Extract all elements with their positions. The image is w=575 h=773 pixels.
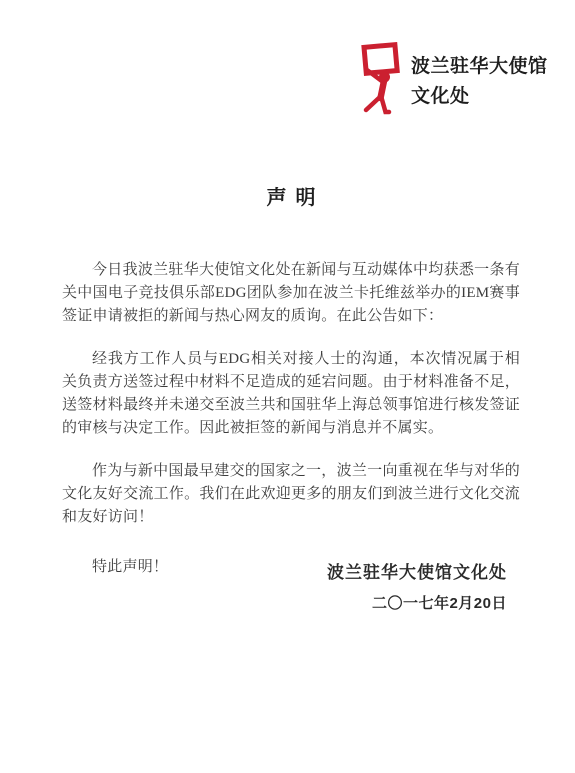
statement-title: 声明 [62, 0, 520, 210]
statement-paragraph: 作为与新中国最早建交的国家之一，波兰一向重视在华与对华的文化友好交流工作。我们在… [62, 460, 520, 529]
statement-paragraph: 今日我波兰驻华大使馆文化处在新闻与互动媒体中均获悉一条有关中国电子竞技俱乐部ED… [62, 259, 520, 328]
statement-page: 波兰驻华大使馆 文化处 声明 今日我波兰驻华大使馆文化处在新闻与互动媒体中均获悉… [0, 0, 575, 773]
signature-name: 波兰驻华大使馆文化处 [327, 558, 507, 583]
statement-content: 声明 今日我波兰驻华大使馆文化处在新闻与互动媒体中均获悉一条有关中国电子竞技俱乐… [62, 0, 520, 599]
signature-date: 二〇一七年2月20日 [327, 592, 507, 613]
statement-paragraph: 经我方工作人员与EDG相关对接人士的沟通，本次情况属于相关负责方送签过程中材料不… [62, 348, 520, 440]
statement-paragraphs: 今日我波兰驻华大使馆文化处在新闻与互动媒体中均获悉一条有关中国电子竞技俱乐部ED… [62, 259, 520, 579]
signature-block: 波兰驻华大使馆文化处 二〇一七年2月20日 [327, 558, 507, 613]
